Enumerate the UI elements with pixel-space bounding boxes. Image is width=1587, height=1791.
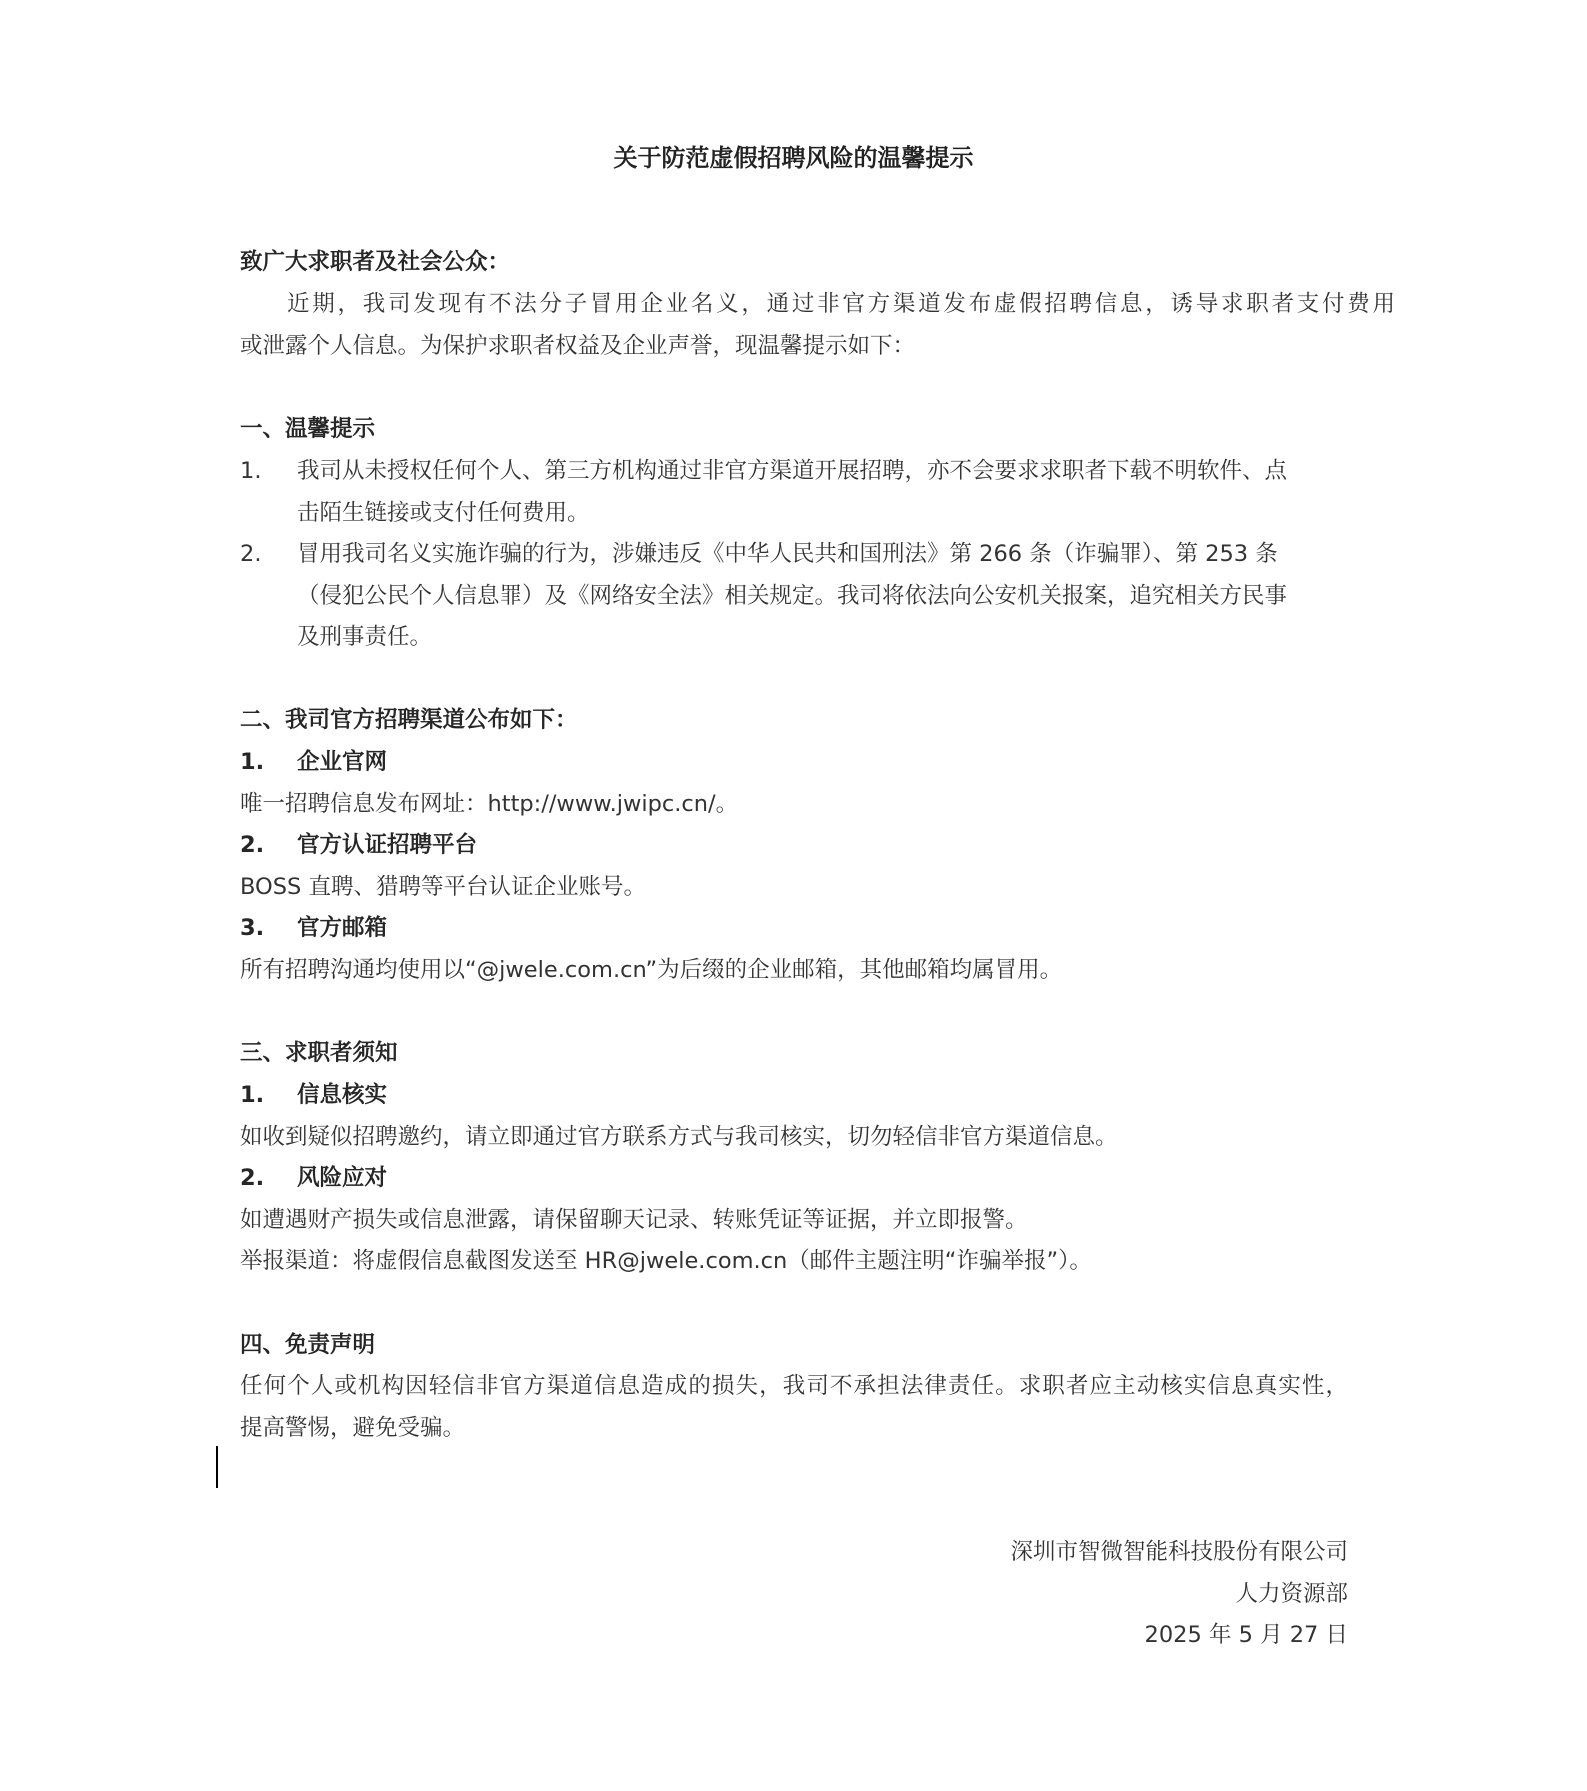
official-email-text: 所有招聘沟通均使用以“@jwele.com.cn”为后缀的企业邮箱，其他邮箱均属… (240, 954, 1348, 986)
list-number: 1. (240, 1079, 264, 1111)
list-number: 2. (240, 829, 264, 861)
section-2-item-2-title: 2. 官方认证招聘平台 (240, 829, 1348, 861)
disclaimer-line-1: 任何个人或机构因轻信非官方渠道信息造成的损失，我司不承担法律责任。求职者应主动核… (240, 1370, 1348, 1402)
section-3-item-2-title: 2. 风险应对 (240, 1162, 1348, 1194)
signature-company: 深圳市智微智能科技股份有限公司 (900, 1536, 1348, 1568)
section-1-item-2: 2. 冒用我司名义实施诈骗的行为，涉嫌违反《中华人民共和国刑法》第 266 条（… (240, 538, 1348, 570)
list-text: 冒用我司名义实施诈骗的行为，涉嫌违反《中华人民共和国刑法》第 266 条（诈骗罪… (297, 538, 1278, 570)
list-number: 1. (240, 455, 261, 487)
section-4-heading: 四、免责声明 (240, 1329, 1348, 1361)
text-cursor (216, 1446, 218, 1488)
disclaimer-line-2: 提高警惕，避免受骗。 (240, 1412, 1348, 1444)
section-1-item-1-cont: 击陌生链接或支付任何费用。 (297, 497, 1348, 529)
list-title: 企业官网 (297, 746, 387, 778)
section-2-item-1-title: 1. 企业官网 (240, 746, 1348, 778)
report-channel-text: 举报渠道：将虚假信息截图发送至 HR@jwele.com.cn（邮件主题注明“诈… (240, 1245, 1348, 1277)
list-title: 风险应对 (297, 1162, 387, 1194)
intro-line-1: 近期，我司发现有不法分子冒用企业名义，通过非官方渠道发布虚假招聘信息，诱导求职者… (240, 288, 1395, 320)
section-3-item-1-title: 1. 信息核实 (240, 1079, 1348, 1111)
section-1-heading: 一、温馨提示 (240, 413, 1348, 445)
section-2-item-3-title: 3. 官方邮箱 (240, 912, 1348, 944)
platform-text: BOSS 直聘、猎聘等平台认证企业账号。 (240, 871, 1348, 903)
list-number: 3. (240, 912, 264, 944)
list-title: 官方认证招聘平台 (297, 829, 477, 861)
verify-info-text: 如收到疑似招聘邀约，请立即通过官方联系方式与我司核实，切勿轻信非官方渠道信息。 (240, 1121, 1348, 1153)
official-website-text: 唯一招聘信息发布网址：http://www.jwipc.cn/。 (240, 788, 1348, 820)
intro-line-2: 或泄露个人信息。为保护求职者权益及企业声誉，现温馨提示如下： (240, 330, 1348, 362)
section-3-heading: 三、求职者须知 (240, 1037, 1348, 1069)
list-title: 信息核实 (297, 1079, 387, 1111)
section-2-heading: 二、我司官方招聘渠道公布如下： (240, 704, 1348, 736)
section-1-item-1: 1. 我司从未授权任何个人、第三方机构通过非官方渠道开展招聘，亦不会要求求职者下… (240, 455, 1348, 487)
list-title: 官方邮箱 (297, 912, 387, 944)
salutation: 致广大求职者及社会公众： (240, 246, 1348, 278)
list-text: 我司从未授权任何个人、第三方机构通过非官方渠道开展招聘，亦不会要求求职者下载不明… (297, 455, 1287, 487)
list-number: 1. (240, 746, 264, 778)
signature-date: 2025 年 5 月 27 日 (900, 1619, 1348, 1651)
document-page[interactable]: 关于防范虚假招聘风险的温馨提示 致广大求职者及社会公众： 近期，我司发现有不法分… (0, 0, 1587, 1791)
list-number: 2. (240, 538, 261, 570)
section-1-item-2-cont-1: （侵犯公民个人信息罪）及《网络安全法》相关规定。我司将依法向公安机关报案，追究相… (297, 580, 1348, 612)
risk-response-text: 如遭遇财产损失或信息泄露，请保留聊天记录、转账凭证等证据，并立即报警。 (240, 1204, 1348, 1236)
signature-department: 人力资源部 (900, 1578, 1348, 1610)
document-title: 关于防范虚假招聘风险的温馨提示 (0, 138, 1587, 173)
section-1-item-2-cont-2: 及刑事责任。 (297, 621, 1348, 653)
list-number: 2. (240, 1162, 264, 1194)
